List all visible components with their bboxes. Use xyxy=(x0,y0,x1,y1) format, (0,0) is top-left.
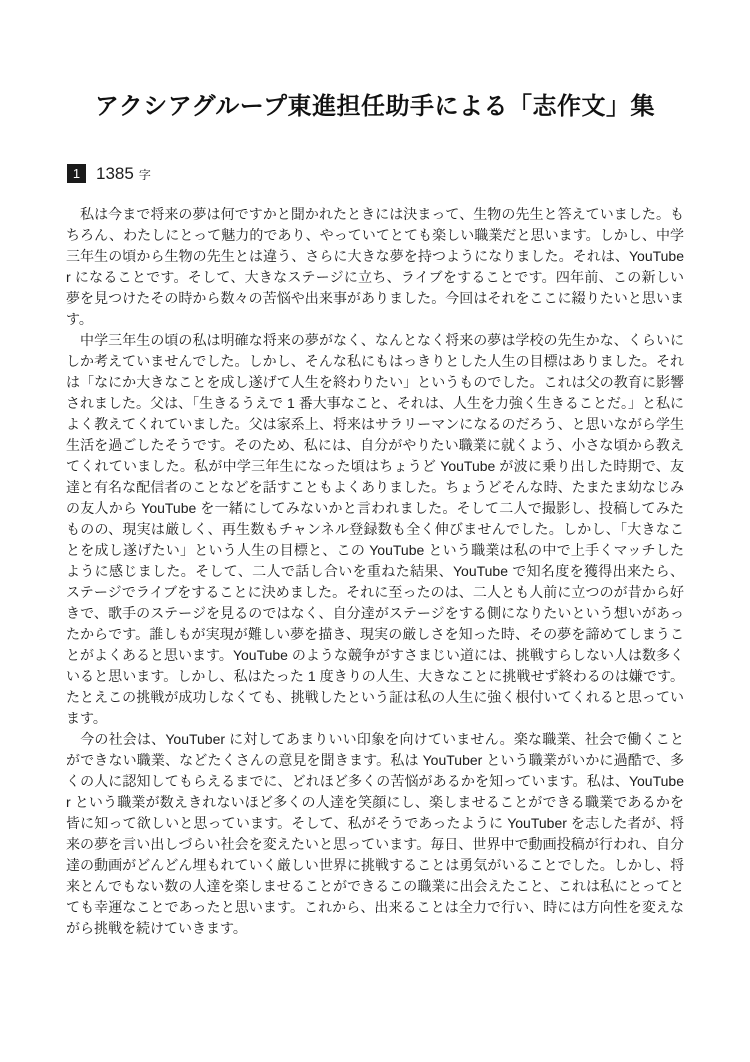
essay-paragraph: 私は今まで将来の夢は何ですかと聞かれたときには決まって、生物の先生と答えていまし… xyxy=(66,204,684,330)
char-count-unit: 字 xyxy=(139,169,151,181)
entry-header: 1 1385 字 xyxy=(67,163,684,183)
char-count-value: 1385 xyxy=(96,165,134,182)
entry-char-count: 1385 字 xyxy=(96,165,151,182)
essay-paragraph: 中学三年生の頃の私は明確な将来の夢がなく、なんとなく将来の夢は学校の先生かな、く… xyxy=(66,330,684,729)
document-page: アクシアグループ東進担任助手による「志作文」集 1 1385 字 私は今まで将来… xyxy=(0,0,750,1062)
entry-number-badge: 1 xyxy=(67,164,86,183)
essay-paragraph: 今の社会は、YouTuber に対してあまりいい印象を向けていません。楽な職業、… xyxy=(66,729,684,939)
essay-body: 私は今まで将来の夢は何ですかと聞かれたときには決まって、生物の先生と答えていまし… xyxy=(66,204,684,939)
page-title: アクシアグループ東進担任助手による「志作文」集 xyxy=(40,92,710,122)
